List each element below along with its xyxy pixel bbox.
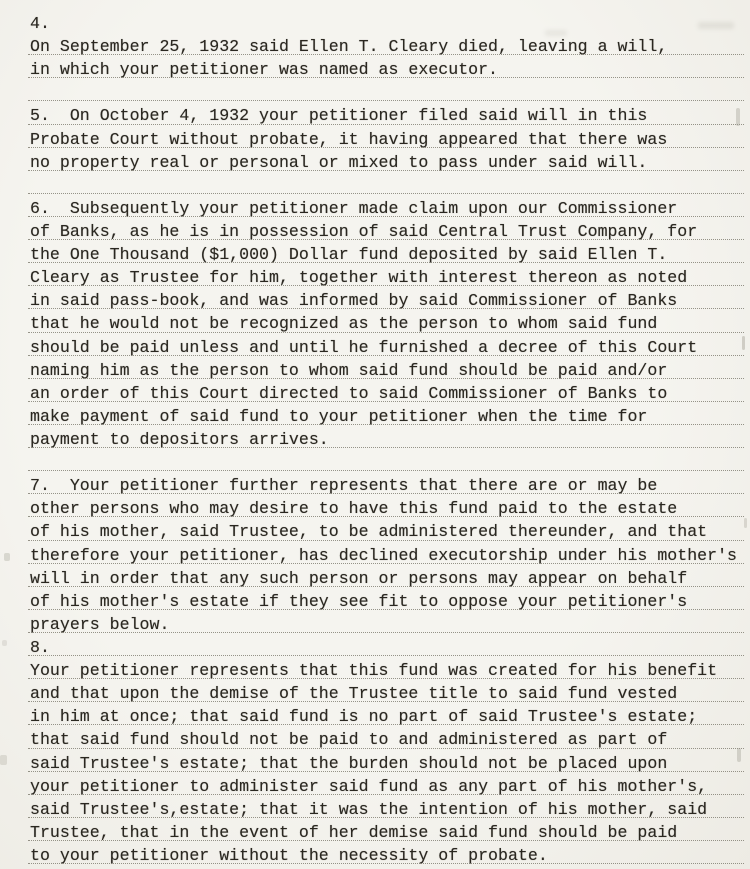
text-line: that said fund should not be paid to and… xyxy=(30,728,744,751)
line-text: that said fund should not be paid to and… xyxy=(30,728,744,751)
line-text: 4. xyxy=(30,12,744,35)
line-text: Your petitioner represents that this fun… xyxy=(30,659,744,682)
text-line: Probate Court without probate, it having… xyxy=(30,128,744,151)
scan-artifact xyxy=(744,518,747,528)
line-text: your petitioner to administer said fund … xyxy=(30,775,744,798)
document-lines: 4.On September 25, 1932 said Ellen T. Cl… xyxy=(30,12,744,867)
line-text: 7. Your petitioner further represents th… xyxy=(30,474,744,497)
text-line: On September 25, 1932 said Ellen T. Clea… xyxy=(30,35,744,58)
line-text: of his mother's estate if they see fit t… xyxy=(30,590,744,613)
line-text: On September 25, 1932 said Ellen T. Clea… xyxy=(30,35,744,58)
document-page: 4.On September 25, 1932 said Ellen T. Cl… xyxy=(0,0,750,869)
line-text: in which your petitioner was named as ex… xyxy=(30,58,744,81)
line-text: no property real or personal or mixed to… xyxy=(30,151,744,174)
line-text: that he would not be recognized as the p… xyxy=(30,312,744,335)
line-text: naming him as the person to whom said fu… xyxy=(30,359,744,382)
ruled-separator xyxy=(30,174,744,197)
text-line: therefore your petitioner, has declined … xyxy=(30,544,744,567)
scan-artifact xyxy=(736,108,740,126)
line-text: said Trustee's estate; that the burden s… xyxy=(30,752,744,775)
scan-artifact xyxy=(2,640,7,646)
scan-artifact xyxy=(545,30,567,36)
line-text: payment to depositors arrives. xyxy=(30,428,744,451)
text-line: that he would not be recognized as the p… xyxy=(30,312,744,335)
text-line: 7. Your petitioner further represents th… xyxy=(30,474,744,497)
scan-artifact xyxy=(742,336,745,350)
text-line: no property real or personal or mixed to… xyxy=(30,151,744,174)
line-text: prayers below. xyxy=(30,613,744,636)
line-text: the One Thousand ($1,000) Dollar fund de… xyxy=(30,243,744,266)
text-line: payment to depositors arrives. xyxy=(30,428,744,451)
line-text: Trustee, that in the event of her demise… xyxy=(30,821,744,844)
text-line: an order of this Court directed to said … xyxy=(30,382,744,405)
scan-artifact xyxy=(0,755,7,765)
line-text: should be paid unless and until he furni… xyxy=(30,336,744,359)
text-line: will in order that any such person or pe… xyxy=(30,567,744,590)
line-text: to your petitioner without the necessity… xyxy=(30,844,744,867)
text-line: 4. xyxy=(30,12,744,35)
ruled-separator xyxy=(30,81,744,104)
text-line: of his mother, said Trustee, to be admin… xyxy=(30,520,744,543)
line-text: Cleary as Trustee for him, together with… xyxy=(30,266,744,289)
line-text: other persons who may desire to have thi… xyxy=(30,497,744,520)
text-line: your petitioner to administer said fund … xyxy=(30,775,744,798)
text-line: prayers below. xyxy=(30,613,744,636)
line-text: 5. On October 4, 1932 your petitioner fi… xyxy=(30,104,744,127)
scan-artifact xyxy=(4,553,10,561)
text-line: of his mother's estate if they see fit t… xyxy=(30,590,744,613)
text-line: in which your petitioner was named as ex… xyxy=(30,58,744,81)
line-text: of Banks, as he is in possession of said… xyxy=(30,220,744,243)
text-line: other persons who may desire to have thi… xyxy=(30,497,744,520)
line-text: Probate Court without probate, it having… xyxy=(30,128,744,151)
line-text: will in order that any such person or pe… xyxy=(30,567,744,590)
ruled-separator xyxy=(30,451,744,474)
text-line: in said pass-book, and was informed by s… xyxy=(30,289,744,312)
text-line: Trustee, that in the event of her demise… xyxy=(30,821,744,844)
text-line: naming him as the person to whom said fu… xyxy=(30,359,744,382)
line-text: 6. Subsequently your petitioner made cla… xyxy=(30,197,744,220)
text-line: Cleary as Trustee for him, together with… xyxy=(30,266,744,289)
line-text: of his mother, said Trustee, to be admin… xyxy=(30,520,744,543)
text-line: should be paid unless and until he furni… xyxy=(30,336,744,359)
line-text: an order of this Court directed to said … xyxy=(30,382,744,405)
line-text: in said pass-book, and was informed by s… xyxy=(30,289,744,312)
text-line: of Banks, as he is in possession of said… xyxy=(30,220,744,243)
line-text: in him at once; that said fund is no par… xyxy=(30,705,744,728)
line-text: and that upon the demise of the Trustee … xyxy=(30,682,744,705)
scan-artifact xyxy=(698,22,734,29)
line-text: said Trustee's,estate; that it was the i… xyxy=(30,798,744,821)
scan-artifact xyxy=(737,748,741,762)
text-line: 5. On October 4, 1932 your petitioner fi… xyxy=(30,104,744,127)
text-line: in him at once; that said fund is no par… xyxy=(30,705,744,728)
text-line: to your petitioner without the necessity… xyxy=(30,844,744,867)
line-text: therefore your petitioner, has declined … xyxy=(30,544,744,567)
text-line: make payment of said fund to your petiti… xyxy=(30,405,744,428)
text-line: the One Thousand ($1,000) Dollar fund de… xyxy=(30,243,744,266)
line-text: make payment of said fund to your petiti… xyxy=(30,405,744,428)
line-text: 8. xyxy=(30,636,744,659)
text-line: said Trustee's,estate; that it was the i… xyxy=(30,798,744,821)
text-line: said Trustee's estate; that the burden s… xyxy=(30,752,744,775)
text-line: 6. Subsequently your petitioner made cla… xyxy=(30,197,744,220)
text-line: and that upon the demise of the Trustee … xyxy=(30,682,744,705)
text-line: Your petitioner represents that this fun… xyxy=(30,659,744,682)
text-line: 8. xyxy=(30,636,744,659)
